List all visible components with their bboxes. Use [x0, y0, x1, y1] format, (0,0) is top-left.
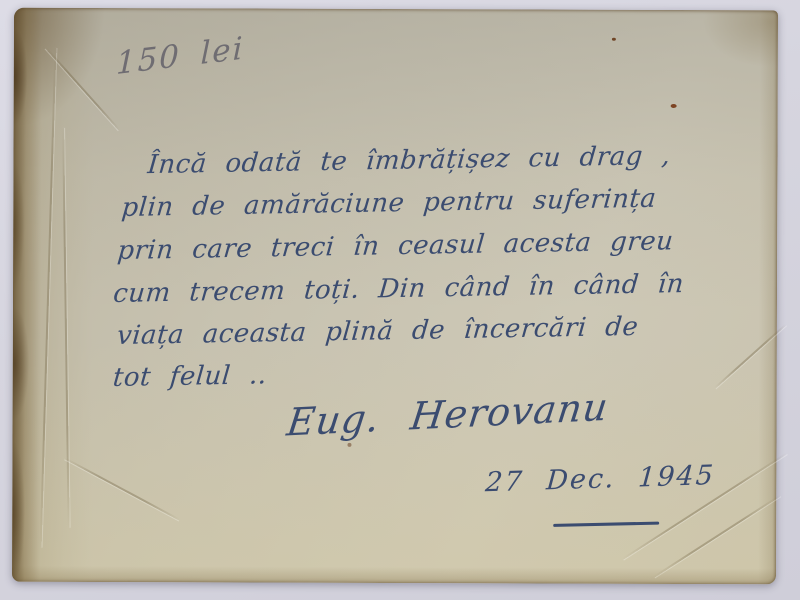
date-underline-flourish [553, 522, 659, 527]
crease-left-vertical-1 [40, 48, 57, 548]
handwritten-line-6: tot felul .. [112, 360, 269, 393]
price-note-pencil: 150 lei [116, 30, 245, 82]
crease-right-middle [714, 324, 786, 389]
worn-left-edge [12, 8, 42, 582]
crease-bottom-right-short [654, 495, 781, 578]
letter-card: 150 lei Încă odată te îmbrățișez cu drag… [12, 8, 778, 585]
stain-speck-lower [347, 443, 351, 447]
handwritten-line-3: prin care treci în ceasul acesta greu [116, 226, 675, 266]
date-handwritten: 27 Dec. 1945 [484, 460, 716, 498]
photo-backdrop: 150 lei Încă odată te îmbrățișez cu drag… [0, 0, 800, 600]
crease-left-vertical-2 [62, 128, 70, 528]
handwritten-line-5: viața aceasta plină de încercări de [116, 312, 640, 351]
crease-top-left-diagonal [45, 47, 120, 130]
letter-text: Încă odată te îmbrățișez cu drag , plin … [14, 8, 778, 11]
handwritten-line-2: plin de amărăciune pentru suferința [120, 184, 657, 223]
signature-handwritten: Eug. Herovanu [284, 385, 611, 445]
handwritten-line-4: cum trecem toți. Din când în când în [112, 269, 685, 309]
stain-speck-upper [671, 104, 677, 108]
crease-bottom-left-diagonal [65, 457, 181, 520]
handwritten-line-1: Încă odată te îmbrățișez cu drag , [146, 141, 671, 180]
stain-speck-top [612, 38, 616, 41]
